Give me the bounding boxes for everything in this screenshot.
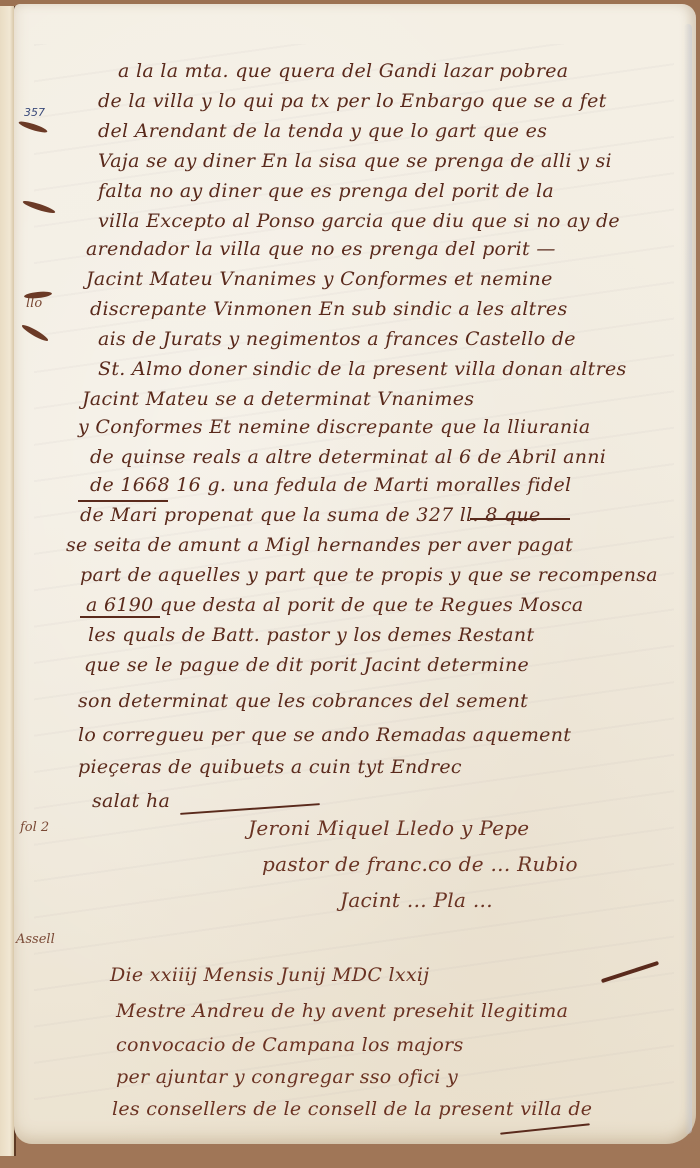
text-line: Jacint Mateu se a determinat Vnanimes (82, 388, 474, 410)
text-line: de Mari propenat que la suma de 327 ll. … (80, 504, 541, 526)
flourish (500, 1123, 590, 1134)
text-line: part de aquelles y part que te propis y … (80, 564, 658, 586)
manuscript-text: a la la mta. que quera del Gandi lazar p… (0, 0, 700, 1168)
text-line: y Conformes Et nemine discrepante que la… (78, 416, 590, 438)
text-line: les quals de Batt. pastor y los demes Re… (88, 624, 534, 646)
underline (470, 518, 570, 520)
closing-text-line: Mestre Andreu de hy avent presehit llegi… (116, 1000, 568, 1022)
text-line: son determinat que les cobrances del sem… (78, 690, 528, 712)
text-line: Vaja se ay diner En la sisa que se preng… (98, 150, 612, 172)
text-line: a la la mta. que quera del Gandi lazar p… (118, 60, 568, 82)
text-line: pieçeras de quibuets a cuin tyt Endrec (78, 756, 462, 778)
text-line: Jacint Mateu Vnanimes y Conformes et nem… (86, 268, 553, 290)
closing-text-line: convocacio de Campana los majors (116, 1034, 464, 1056)
flourish (601, 961, 659, 983)
text-line: de la villa y lo qui pa tx per lo Enbarg… (98, 90, 607, 112)
text-line: de 1668 16 g. una fedula de Marti morall… (90, 474, 571, 496)
signature: Jeroni Miquel Lledo y Pepe (248, 816, 529, 840)
underline (78, 500, 168, 502)
underline (80, 616, 160, 618)
signature: Jacint ... Pla ... (340, 888, 493, 912)
text-line: discrepante Vinmonen En sub sindic a les… (90, 298, 568, 320)
text-line: St. Almo doner sindic de la present vill… (98, 358, 627, 380)
closing-text-line: per ajuntar y congregar sso ofici y (116, 1066, 458, 1088)
text-line: se seita de amunt a Migl hernandes per a… (66, 534, 573, 556)
flourish (180, 803, 320, 815)
text-line: de quinse reals a altre determinat al 6 … (90, 446, 606, 468)
text-line: que se le pague de dit porit Jacint dete… (84, 654, 529, 676)
text-line: ais de Jurats y negimentos a frances Cas… (98, 328, 576, 350)
text-line: a 6190 que desta al porit de que te Regu… (86, 594, 584, 616)
text-line: lo corregueu per que se ando Remadas aqu… (78, 724, 571, 746)
text-line: falta no ay diner que es prenga del pori… (98, 180, 554, 202)
text-line: villa Excepto al Ponso garcia que diu qu… (98, 210, 620, 232)
text-line: arendador la villa que no es prenga del … (86, 238, 556, 260)
closing-text-line: les consellers de le consell de la prese… (112, 1098, 592, 1120)
text-line: salat ha (92, 790, 170, 812)
closing-text-line: Die xxiiij Mensis Junij MDC lxxij (110, 964, 429, 986)
signature: pastor de franc.co de ... Rubio (262, 852, 578, 876)
text-line: del Arendant de la tenda y que lo gart q… (98, 120, 547, 142)
